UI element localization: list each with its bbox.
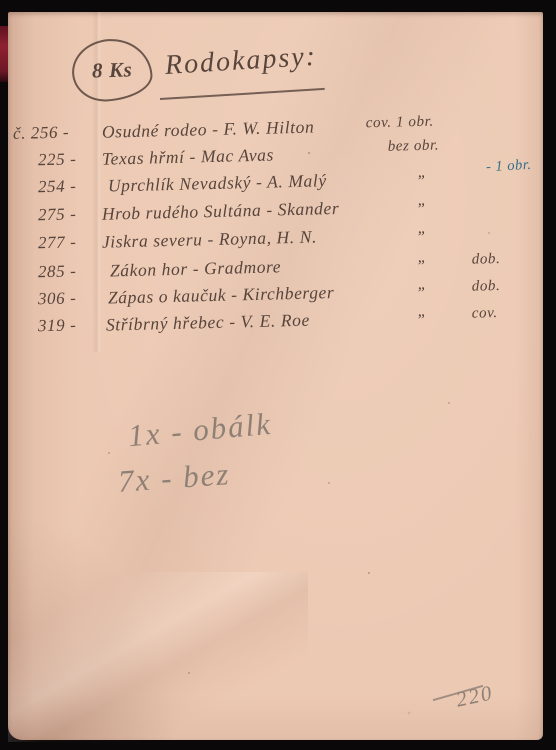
entry-number: č. 256 - (13, 123, 70, 144)
entry-number: 306 - (38, 288, 77, 309)
ditto-mark: „ (417, 192, 427, 210)
entry-note: dob. (472, 251, 501, 269)
entry-text: Zápas o kaučuk - Kirchberger (108, 282, 335, 309)
paper-crease-diagonal (8, 572, 308, 742)
entry-text: Osudné rodeo - F. W. Hilton (102, 117, 315, 143)
entry-note: dob. (472, 278, 501, 296)
entry-text: Texas hřmí - Mac Avas (102, 145, 275, 170)
ditto-mark: „ (417, 164, 427, 182)
entry-text: Stříbrný hřebec - V. E. Roe (106, 310, 310, 336)
entry-number: 319 - (38, 315, 77, 336)
entry-note: cov. 1 obr. (366, 114, 434, 133)
title-underline (160, 88, 325, 100)
notebook-paper: 8 Ks Rodokapsy: č. 256 - Osudné rodeo - … (8, 12, 543, 740)
ditto-mark: „ (417, 303, 427, 321)
page-number: 220 (454, 680, 496, 712)
margin-note-blue: - 1 obr. (486, 157, 532, 176)
ditto-mark: „ (417, 276, 427, 294)
ditto-mark: „ (417, 220, 427, 238)
entry-note: cov. (472, 305, 498, 323)
entry-text: Jiskra severu - Royna, H. N. (102, 226, 318, 252)
count-oval: 8 Ks (70, 36, 154, 103)
scanned-notebook-page: { "page": { "stamp": "8 Ks", "title": "R… (0, 0, 556, 750)
pencil-tally-note: 7x - bez (117, 456, 232, 500)
ditto-mark: „ (417, 249, 427, 267)
count-label: 8 Ks (91, 57, 132, 83)
pencil-tally-note: 1x - obálk (127, 406, 274, 454)
entry-text: Zákon hor - Gradmore (110, 256, 282, 281)
entry-number: 285 - (38, 261, 77, 282)
entry-number: 254 - (38, 176, 77, 197)
entry-text: Uprchlík Nevadský - A. Malý (108, 170, 327, 196)
entry-number: 275 - (38, 204, 77, 225)
entry-number: 277 - (38, 232, 77, 253)
entry-number: 225 - (38, 149, 77, 170)
entry-text: Hrob rudého Sultána - Skander (102, 198, 340, 225)
entry-note: bez obr. (388, 137, 440, 155)
page-title: Rodokapsy: (164, 41, 318, 82)
